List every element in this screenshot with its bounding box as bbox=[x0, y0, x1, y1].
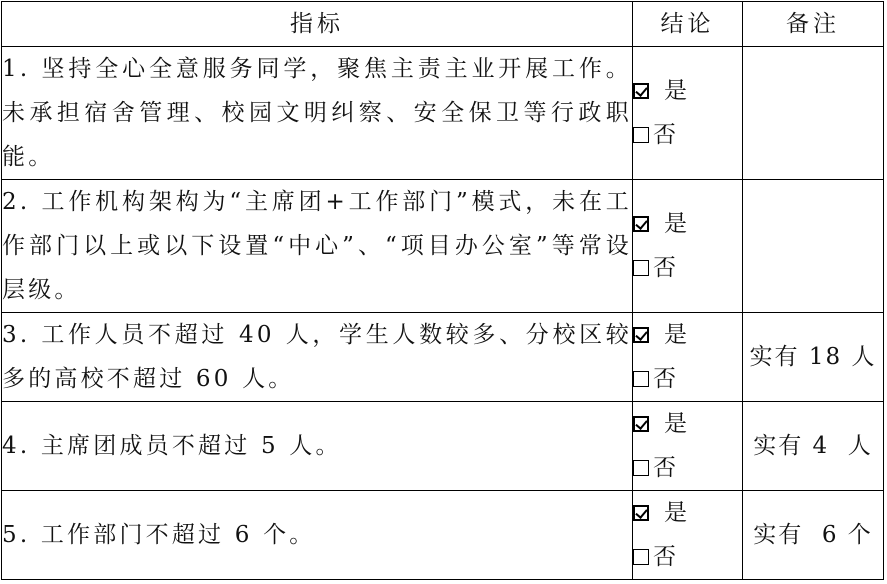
table-row: 3. 工作人员不超过 40 人，学生人数较多、分校区较多的高校不超过 60 人。… bbox=[2, 313, 884, 402]
table-row: 4. 主席团成员不超过 5 人。 是 否 实有 4 人 bbox=[2, 402, 884, 491]
indicator-cell: 2. 工作机构架构为“主席团+工作部门”模式，未在工作部门以上或以下设置“中心”… bbox=[2, 180, 633, 313]
conclusion-cell: 是 否 bbox=[633, 491, 743, 580]
option-yes-label: 是 bbox=[664, 202, 687, 246]
checkbox-unchecked-icon[interactable] bbox=[633, 127, 649, 143]
option-no[interactable]: 否 bbox=[633, 535, 742, 579]
header-row: 指标 结论 备注 bbox=[2, 2, 884, 47]
indicator-checklist-table: 指标 结论 备注 1. 坚持全心全意服务同学，聚焦主责主业开展工作。未承担宿舍管… bbox=[1, 1, 884, 580]
conclusion-cell: 是 否 bbox=[633, 402, 743, 491]
option-yes-label: 是 bbox=[664, 402, 687, 446]
header-conclusion: 结论 bbox=[633, 2, 743, 47]
option-yes[interactable]: 是 bbox=[633, 491, 742, 535]
remark-cell bbox=[743, 47, 884, 180]
option-no-label: 否 bbox=[653, 357, 676, 401]
checkbox-unchecked-icon[interactable] bbox=[633, 460, 649, 476]
option-no-label: 否 bbox=[653, 246, 676, 290]
option-no[interactable]: 否 bbox=[633, 446, 742, 490]
option-no-label: 否 bbox=[653, 113, 676, 157]
option-no-label: 否 bbox=[653, 446, 676, 490]
option-yes[interactable]: 是 bbox=[633, 402, 742, 446]
option-yes-label: 是 bbox=[664, 69, 687, 113]
indicator-cell: 5. 工作部门不超过 6 个。 bbox=[2, 491, 633, 580]
checkbox-checked-icon[interactable] bbox=[633, 505, 649, 521]
checkbox-checked-icon[interactable] bbox=[633, 83, 649, 99]
table-row: 5. 工作部门不超过 6 个。 是 否 实有 6 个 bbox=[2, 491, 884, 580]
header-indicator: 指标 bbox=[2, 2, 633, 47]
option-no[interactable]: 否 bbox=[633, 357, 742, 401]
option-yes[interactable]: 是 bbox=[633, 202, 742, 246]
indicator-cell: 3. 工作人员不超过 40 人，学生人数较多、分校区较多的高校不超过 60 人。 bbox=[2, 313, 633, 402]
checkbox-checked-icon[interactable] bbox=[633, 216, 649, 232]
checkbox-checked-icon[interactable] bbox=[633, 327, 649, 343]
table-row: 2. 工作机构架构为“主席团+工作部门”模式，未在工作部门以上或以下设置“中心”… bbox=[2, 180, 884, 313]
conclusion-cell: 是 否 bbox=[633, 180, 743, 313]
header-remark: 备注 bbox=[743, 2, 884, 47]
conclusion-cell: 是 否 bbox=[633, 313, 743, 402]
table-row: 1. 坚持全心全意服务同学，聚焦主责主业开展工作。未承担宿舍管理、校园文明纠察、… bbox=[2, 47, 884, 180]
conclusion-cell: 是 否 bbox=[633, 47, 743, 180]
option-no[interactable]: 否 bbox=[633, 246, 742, 290]
remark-cell: 实有 6 个 bbox=[743, 491, 884, 580]
indicator-cell: 1. 坚持全心全意服务同学，聚焦主责主业开展工作。未承担宿舍管理、校园文明纠察、… bbox=[2, 47, 633, 180]
checkbox-unchecked-icon[interactable] bbox=[633, 549, 649, 565]
option-no[interactable]: 否 bbox=[633, 113, 742, 157]
checkbox-checked-icon[interactable] bbox=[633, 416, 649, 432]
indicator-cell: 4. 主席团成员不超过 5 人。 bbox=[2, 402, 633, 491]
remark-cell bbox=[743, 180, 884, 313]
option-yes-label: 是 bbox=[664, 313, 687, 357]
checkbox-unchecked-icon[interactable] bbox=[633, 260, 649, 276]
option-yes[interactable]: 是 bbox=[633, 313, 742, 357]
remark-cell: 实有 18 人 bbox=[743, 313, 884, 402]
remark-cell: 实有 4 人 bbox=[743, 402, 884, 491]
checkbox-unchecked-icon[interactable] bbox=[633, 371, 649, 387]
option-yes-label: 是 bbox=[664, 491, 687, 535]
option-yes[interactable]: 是 bbox=[633, 69, 742, 113]
option-no-label: 否 bbox=[653, 535, 676, 579]
